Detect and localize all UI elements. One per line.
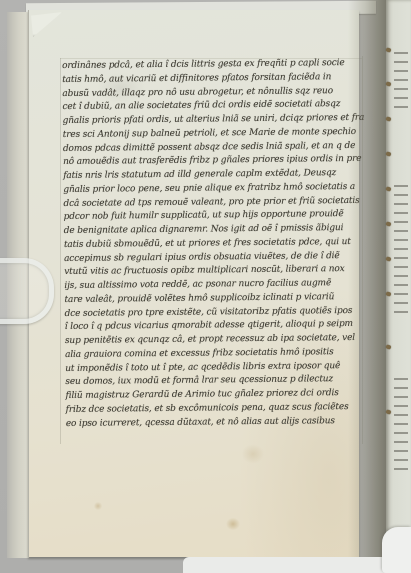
page-corner-fold	[31, 12, 65, 38]
manuscript-page: ordinânes pdcâ, et alia î dcis littris g…	[28, 10, 359, 557]
binding-gutter	[348, 0, 386, 573]
text-block: ordinânes pdcâ, et alia î dcis littris g…	[62, 58, 368, 432]
underlying-page-corner	[382, 527, 411, 573]
manuscript-line: eo ipso icurreret, qcessa dũtaxat, et nô…	[66, 415, 368, 432]
margin-rule-left	[60, 58, 61, 444]
photo-background: ordinânes pdcâ, et alia î dcis littris g…	[0, 0, 411, 573]
facing-page-text-fragments	[394, 52, 408, 112]
transparent-page-clip	[0, 258, 54, 324]
underlying-white-sheet	[183, 557, 411, 573]
facing-page-text-fragments	[394, 185, 408, 315]
facing-page-text-fragments	[394, 378, 408, 473]
